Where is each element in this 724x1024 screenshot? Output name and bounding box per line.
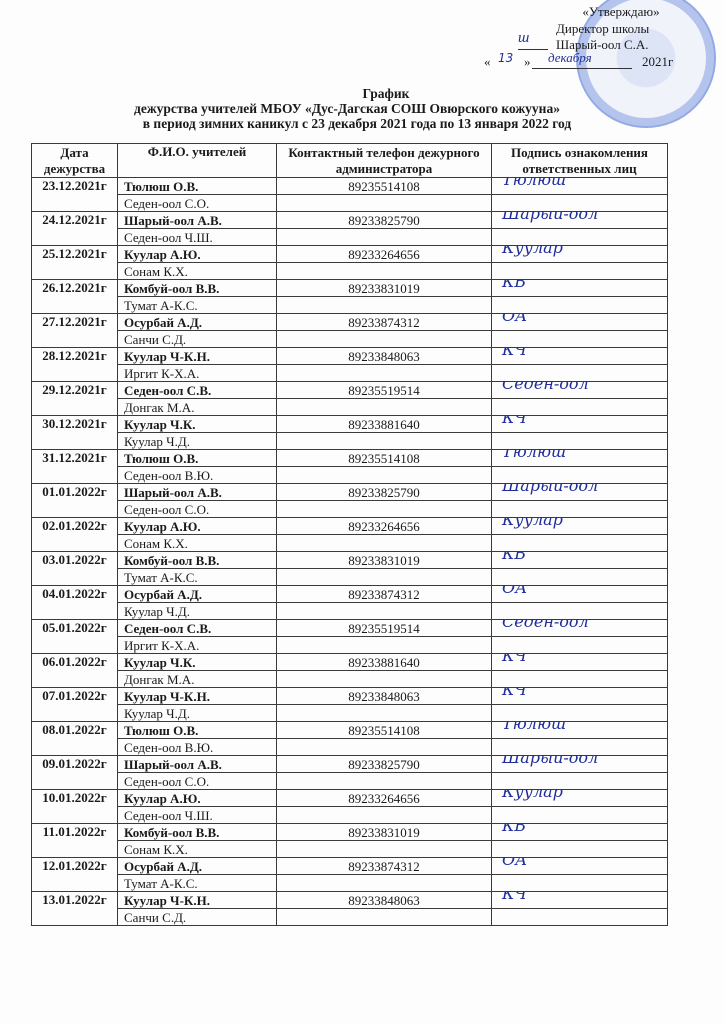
- table-row: 23.12.2021гТюлюш О.В.89235514108Тюлюш: [32, 178, 668, 195]
- signature-empty: [492, 331, 668, 348]
- signature-cell: КЧ: [492, 416, 668, 433]
- duty-schedule-table: Дата дежурства Ф.И.О. учителей Контактны…: [31, 143, 668, 926]
- signature-cell: Шарый-оол: [492, 484, 668, 501]
- signature-empty: [492, 773, 668, 790]
- teacher-main: Шарый-оол А.В.: [118, 484, 277, 501]
- document-title: График дежурства учителей МБОУ «Дус-Дагс…: [0, 86, 724, 131]
- table-row: 28.12.2021гКуулар Ч-К.Н.89233848063КЧ: [32, 348, 668, 365]
- teacher-second: Сонам К.Х.: [118, 263, 277, 280]
- admin-phone: 89233874312: [277, 314, 492, 331]
- duty-date: 27.12.2021г: [32, 314, 118, 348]
- signature-cell: Седен-оол: [492, 382, 668, 399]
- signature-cell: Тюлюш: [492, 178, 668, 195]
- teacher-second: Тумат А-К.С.: [118, 875, 277, 892]
- table-row: 24.12.2021гШарый-оол А.В.89233825790Шары…: [32, 212, 668, 229]
- teacher-second: Куулар Ч.Д.: [118, 603, 277, 620]
- handwritten-signature: Шарый-оол: [502, 484, 598, 494]
- handwritten-signature: Куулар: [502, 246, 563, 256]
- approval-month: декабря: [548, 50, 592, 66]
- signature-empty: [492, 263, 668, 280]
- teacher-main: Осурбай А.Д.: [118, 586, 277, 603]
- phone-empty: [277, 671, 492, 688]
- teacher-main: Комбуй-оол В.В.: [118, 824, 277, 841]
- teacher-main: Куулар Ч.К.: [118, 416, 277, 433]
- teacher-second: Иргит К-Х.А.: [118, 365, 277, 382]
- teacher-second: Донгак М.А.: [118, 671, 277, 688]
- handwritten-signature: КВ: [502, 824, 526, 834]
- signature-cell: Седен-оол: [492, 620, 668, 637]
- signature-empty: [492, 535, 668, 552]
- teacher-second: Иргит К-Х.А.: [118, 637, 277, 654]
- handwritten-signature: КЧ: [502, 688, 527, 698]
- handwritten-signature: Тюлюш: [502, 178, 566, 188]
- approval-position: Директор школы: [556, 21, 649, 37]
- teacher-main: Комбуй-оол В.В.: [118, 280, 277, 297]
- phone-empty: [277, 637, 492, 654]
- handwritten-signature: КВ: [502, 280, 526, 290]
- admin-phone: 89233848063: [277, 688, 492, 705]
- duty-date: 05.01.2022г: [32, 620, 118, 654]
- teacher-main: Шарый-оол А.В.: [118, 756, 277, 773]
- signature-cell: КВ: [492, 280, 668, 297]
- table-row: 07.01.2022гКуулар Ч-К.Н.89233848063КЧ: [32, 688, 668, 705]
- signature-cell: КЧ: [492, 654, 668, 671]
- title-line-1: График: [48, 86, 724, 101]
- phone-empty: [277, 229, 492, 246]
- signature-cell: КЧ: [492, 688, 668, 705]
- phone-empty: [277, 433, 492, 450]
- phone-empty: [277, 807, 492, 824]
- teacher-main: Осурбай А.Д.: [118, 858, 277, 875]
- teacher-main: Тюлюш О.В.: [118, 178, 277, 195]
- admin-phone: 89233264656: [277, 518, 492, 535]
- table-row: Седен-оол С.О.: [32, 773, 668, 790]
- title-line-2: дежурства учителей МБОУ «Дус-Дагская СОШ…: [0, 101, 724, 116]
- signature-empty: [492, 297, 668, 314]
- phone-empty: [277, 501, 492, 518]
- teacher-main: Тюлюш О.В.: [118, 450, 277, 467]
- handwritten-signature: Куулар: [502, 518, 563, 528]
- duty-date: 28.12.2021г: [32, 348, 118, 382]
- signature-cell: ОА: [492, 858, 668, 875]
- duty-date: 23.12.2021г: [32, 178, 118, 212]
- phone-empty: [277, 909, 492, 926]
- table-row: Иргит К-Х.А.: [32, 637, 668, 654]
- phone-empty: [277, 195, 492, 212]
- phone-empty: [277, 773, 492, 790]
- table-row: Сонам К.Х.: [32, 841, 668, 858]
- duty-date: 13.01.2022г: [32, 892, 118, 926]
- duty-date: 08.01.2022г: [32, 722, 118, 756]
- signature-empty: [492, 569, 668, 586]
- admin-phone: 89233881640: [277, 654, 492, 671]
- table-row: 26.12.2021гКомбуй-оол В.В.89233831019КВ: [32, 280, 668, 297]
- table-row: Санчи С.Д.: [32, 331, 668, 348]
- signature-cell: Куулар: [492, 790, 668, 807]
- duty-date: 01.01.2022г: [32, 484, 118, 518]
- signature-cell: Куулар: [492, 518, 668, 535]
- table-row: Донгак М.А.: [32, 399, 668, 416]
- handwritten-signature: Куулар: [502, 790, 563, 800]
- teacher-second: Седен-оол С.О.: [118, 773, 277, 790]
- signature-cell: Тюлюш: [492, 450, 668, 467]
- duty-date: 31.12.2021г: [32, 450, 118, 484]
- table-row: Седен-оол С.О.: [32, 501, 668, 518]
- duty-date: 24.12.2021г: [32, 212, 118, 246]
- teacher-main: Шарый-оол А.В.: [118, 212, 277, 229]
- phone-empty: [277, 841, 492, 858]
- quote-open: «: [484, 54, 491, 70]
- handwritten-signature: Тюлюш: [502, 722, 566, 732]
- admin-phone: 89233825790: [277, 484, 492, 501]
- signature-empty: [492, 195, 668, 212]
- teacher-main: Комбуй-оол В.В.: [118, 552, 277, 569]
- teacher-second: Куулар Ч.Д.: [118, 433, 277, 450]
- teacher-second: Сонам К.Х.: [118, 535, 277, 552]
- duty-date: 29.12.2021г: [32, 382, 118, 416]
- phone-empty: [277, 297, 492, 314]
- signature-empty: [492, 603, 668, 620]
- table-row: 04.01.2022гОсурбай А.Д.89233874312ОА: [32, 586, 668, 603]
- signature-line: [518, 49, 548, 50]
- teacher-main: Седен-оол С.В.: [118, 382, 277, 399]
- teacher-second: Тумат А-К.С.: [118, 569, 277, 586]
- teacher-second: Санчи С.Д.: [118, 331, 277, 348]
- signature-empty: [492, 399, 668, 416]
- signature-cell: ОА: [492, 314, 668, 331]
- table-row: Тумат А-К.С.: [32, 875, 668, 892]
- table-row: Куулар Ч.Д.: [32, 433, 668, 450]
- signature-empty: [492, 433, 668, 450]
- teacher-second: Седен-оол Ч.Ш.: [118, 229, 277, 246]
- approval-day: 13: [498, 50, 513, 66]
- signature-empty: [492, 841, 668, 858]
- table-row: Седен-оол В.Ю.: [32, 739, 668, 756]
- signature-empty: [492, 467, 668, 484]
- admin-phone: 89233264656: [277, 246, 492, 263]
- table-row: Тумат А-К.С.: [32, 297, 668, 314]
- table-row: 06.01.2022гКуулар Ч.К.89233881640КЧ: [32, 654, 668, 671]
- signature-empty: [492, 909, 668, 926]
- teacher-second: Седен-оол В.Ю.: [118, 739, 277, 756]
- table-row: Седен-оол Ч.Ш.: [32, 807, 668, 824]
- signature-empty: [492, 671, 668, 688]
- phone-empty: [277, 535, 492, 552]
- admin-phone: 89233825790: [277, 212, 492, 229]
- signature-cell: ОА: [492, 586, 668, 603]
- table-row: Седен-оол Ч.Ш.: [32, 229, 668, 246]
- phone-empty: [277, 467, 492, 484]
- table-row: Сонам К.Х.: [32, 263, 668, 280]
- phone-empty: [277, 263, 492, 280]
- duty-date: 11.01.2022г: [32, 824, 118, 858]
- handwritten-signature: Шарый-оол: [502, 212, 598, 222]
- handwritten-signature: КЧ: [502, 348, 527, 358]
- director-signature: ш: [518, 30, 529, 46]
- signature-empty: [492, 365, 668, 382]
- signature-empty: [492, 875, 668, 892]
- table-row: 01.01.2022гШарый-оол А.В.89233825790Шары…: [32, 484, 668, 501]
- phone-empty: [277, 365, 492, 382]
- teacher-second: Седен-оол В.Ю.: [118, 467, 277, 484]
- table-row: 27.12.2021гОсурбай А.Д.89233874312ОА: [32, 314, 668, 331]
- admin-phone: 89233831019: [277, 824, 492, 841]
- phone-empty: [277, 399, 492, 416]
- table-row: 31.12.2021гТюлюш О.В.89235514108Тюлюш: [32, 450, 668, 467]
- table-row: Санчи С.Д.: [32, 909, 668, 926]
- teacher-second: Седен-оол С.О.: [118, 195, 277, 212]
- signature-cell: КЧ: [492, 892, 668, 909]
- header-signature: Подпись ознакомления ответственных лиц: [492, 144, 668, 178]
- signature-cell: Шарый-оол: [492, 212, 668, 229]
- table-row: 12.01.2022гОсурбай А.Д.89233874312ОА: [32, 858, 668, 875]
- signature-cell: КВ: [492, 824, 668, 841]
- duty-date: 30.12.2021г: [32, 416, 118, 450]
- teacher-main: Тюлюш О.В.: [118, 722, 277, 739]
- teacher-main: Седен-оол С.В.: [118, 620, 277, 637]
- teacher-main: Куулар А.Ю.: [118, 518, 277, 535]
- handwritten-signature: Шарый-оол: [502, 756, 598, 766]
- header-teachers: Ф.И.О. учителей: [118, 144, 277, 178]
- header-phone: Контактный телефон дежурного администрат…: [277, 144, 492, 178]
- admin-phone: 89233848063: [277, 892, 492, 909]
- admin-phone: 89233831019: [277, 552, 492, 569]
- duty-date: 04.01.2022г: [32, 586, 118, 620]
- handwritten-signature: Седен-оол: [502, 620, 589, 630]
- signature-empty: [492, 637, 668, 654]
- title-line-3: в период зимних каникул с 23 декабря 202…: [0, 116, 724, 131]
- duty-date: 02.01.2022г: [32, 518, 118, 552]
- table-row: Седен-оол С.О.: [32, 195, 668, 212]
- table-row: Сонам К.Х.: [32, 535, 668, 552]
- handwritten-signature: КВ: [502, 552, 526, 562]
- teacher-second: Сонам К.Х.: [118, 841, 277, 858]
- duty-date: 12.01.2022г: [32, 858, 118, 892]
- phone-empty: [277, 705, 492, 722]
- table-row: 29.12.2021гСеден-оол С.В.89235519514Седе…: [32, 382, 668, 399]
- duty-date: 25.12.2021г: [32, 246, 118, 280]
- table-row: 05.01.2022гСеден-оол С.В.89235519514Седе…: [32, 620, 668, 637]
- phone-empty: [277, 739, 492, 756]
- admin-phone: 89235519514: [277, 382, 492, 399]
- handwritten-signature: ОА: [502, 858, 527, 868]
- teacher-second: Донгак М.А.: [118, 399, 277, 416]
- teacher-main: Куулар Ч.К.: [118, 654, 277, 671]
- signature-cell: Куулар: [492, 246, 668, 263]
- handwritten-signature: ОА: [502, 314, 527, 324]
- admin-phone: 89235519514: [277, 620, 492, 637]
- admin-phone: 89233848063: [277, 348, 492, 365]
- teacher-main: Куулар А.Ю.: [118, 790, 277, 807]
- header-date: Дата дежурства: [32, 144, 118, 178]
- teacher-second: Седен-оол Ч.Ш.: [118, 807, 277, 824]
- handwritten-signature: Седен-оол: [502, 382, 589, 392]
- handwritten-signature: КЧ: [502, 892, 527, 902]
- handwritten-signature: ОА: [502, 586, 527, 596]
- admin-phone: 89233825790: [277, 756, 492, 773]
- teacher-second: Седен-оол С.О.: [118, 501, 277, 518]
- admin-phone: 89233831019: [277, 280, 492, 297]
- teacher-second: Куулар Ч.Д.: [118, 705, 277, 722]
- table-row: Донгак М.А.: [32, 671, 668, 688]
- phone-empty: [277, 603, 492, 620]
- table-row: 09.01.2022гШарый-оол А.В.89233825790Шары…: [32, 756, 668, 773]
- duty-date: 09.01.2022г: [32, 756, 118, 790]
- signature-empty: [492, 229, 668, 246]
- table-row: 13.01.2022гКуулар Ч-К.Н.89233848063КЧ: [32, 892, 668, 909]
- table-row: Иргит К-Х.А.: [32, 365, 668, 382]
- handwritten-signature: Тюлюш: [502, 450, 566, 460]
- admin-phone: 89235514108: [277, 450, 492, 467]
- admin-phone: 89233874312: [277, 858, 492, 875]
- table-row: 08.01.2022гТюлюш О.В.89235514108Тюлюш: [32, 722, 668, 739]
- teacher-main: Куулар Ч-К.Н.: [118, 892, 277, 909]
- phone-empty: [277, 875, 492, 892]
- signature-cell: КВ: [492, 552, 668, 569]
- duty-date: 10.01.2022г: [32, 790, 118, 824]
- admin-phone: 89235514108: [277, 178, 492, 195]
- table-row: 03.01.2022гКомбуй-оол В.В.89233831019КВ: [32, 552, 668, 569]
- date-line: [532, 68, 632, 69]
- admin-phone: 89233881640: [277, 416, 492, 433]
- table-row: 25.12.2021гКуулар А.Ю.89233264656Куулар: [32, 246, 668, 263]
- duty-date: 06.01.2022г: [32, 654, 118, 688]
- teacher-main: Куулар Ч-К.Н.: [118, 688, 277, 705]
- duty-date: 03.01.2022г: [32, 552, 118, 586]
- phone-empty: [277, 569, 492, 586]
- table-row: Куулар Ч.Д.: [32, 705, 668, 722]
- signature-empty: [492, 807, 668, 824]
- phone-empty: [277, 331, 492, 348]
- teacher-main: Куулар А.Ю.: [118, 246, 277, 263]
- table-header-row: Дата дежурства Ф.И.О. учителей Контактны…: [32, 144, 668, 178]
- admin-phone: 89233874312: [277, 586, 492, 603]
- teacher-main: Куулар Ч-К.Н.: [118, 348, 277, 365]
- table-row: 02.01.2022гКуулар А.Ю.89233264656Куулар: [32, 518, 668, 535]
- table-row: 11.01.2022гКомбуй-оол В.В.89233831019КВ: [32, 824, 668, 841]
- duty-date: 07.01.2022г: [32, 688, 118, 722]
- signature-empty: [492, 501, 668, 518]
- teacher-second: Санчи С.Д.: [118, 909, 277, 926]
- handwritten-signature: КЧ: [502, 416, 527, 426]
- approval-heading: «Утверждаю»: [546, 4, 696, 20]
- signature-cell: КЧ: [492, 348, 668, 365]
- admin-phone: 89235514108: [277, 722, 492, 739]
- signature-cell: Шарый-оол: [492, 756, 668, 773]
- table-row: Седен-оол В.Ю.: [32, 467, 668, 484]
- signature-empty: [492, 705, 668, 722]
- table-row: 30.12.2021гКуулар Ч.К.89233881640КЧ: [32, 416, 668, 433]
- approval-year: 2021г: [642, 54, 673, 70]
- teacher-main: Осурбай А.Д.: [118, 314, 277, 331]
- signature-cell: Тюлюш: [492, 722, 668, 739]
- signature-empty: [492, 739, 668, 756]
- handwritten-signature: КЧ: [502, 654, 527, 664]
- teacher-second: Тумат А-К.С.: [118, 297, 277, 314]
- table-row: 10.01.2022гКуулар А.Ю.89233264656Куулар: [32, 790, 668, 807]
- table-row: Тумат А-К.С.: [32, 569, 668, 586]
- duty-date: 26.12.2021г: [32, 280, 118, 314]
- quote-close: »: [524, 54, 531, 70]
- table-row: Куулар Ч.Д.: [32, 603, 668, 620]
- admin-phone: 89233264656: [277, 790, 492, 807]
